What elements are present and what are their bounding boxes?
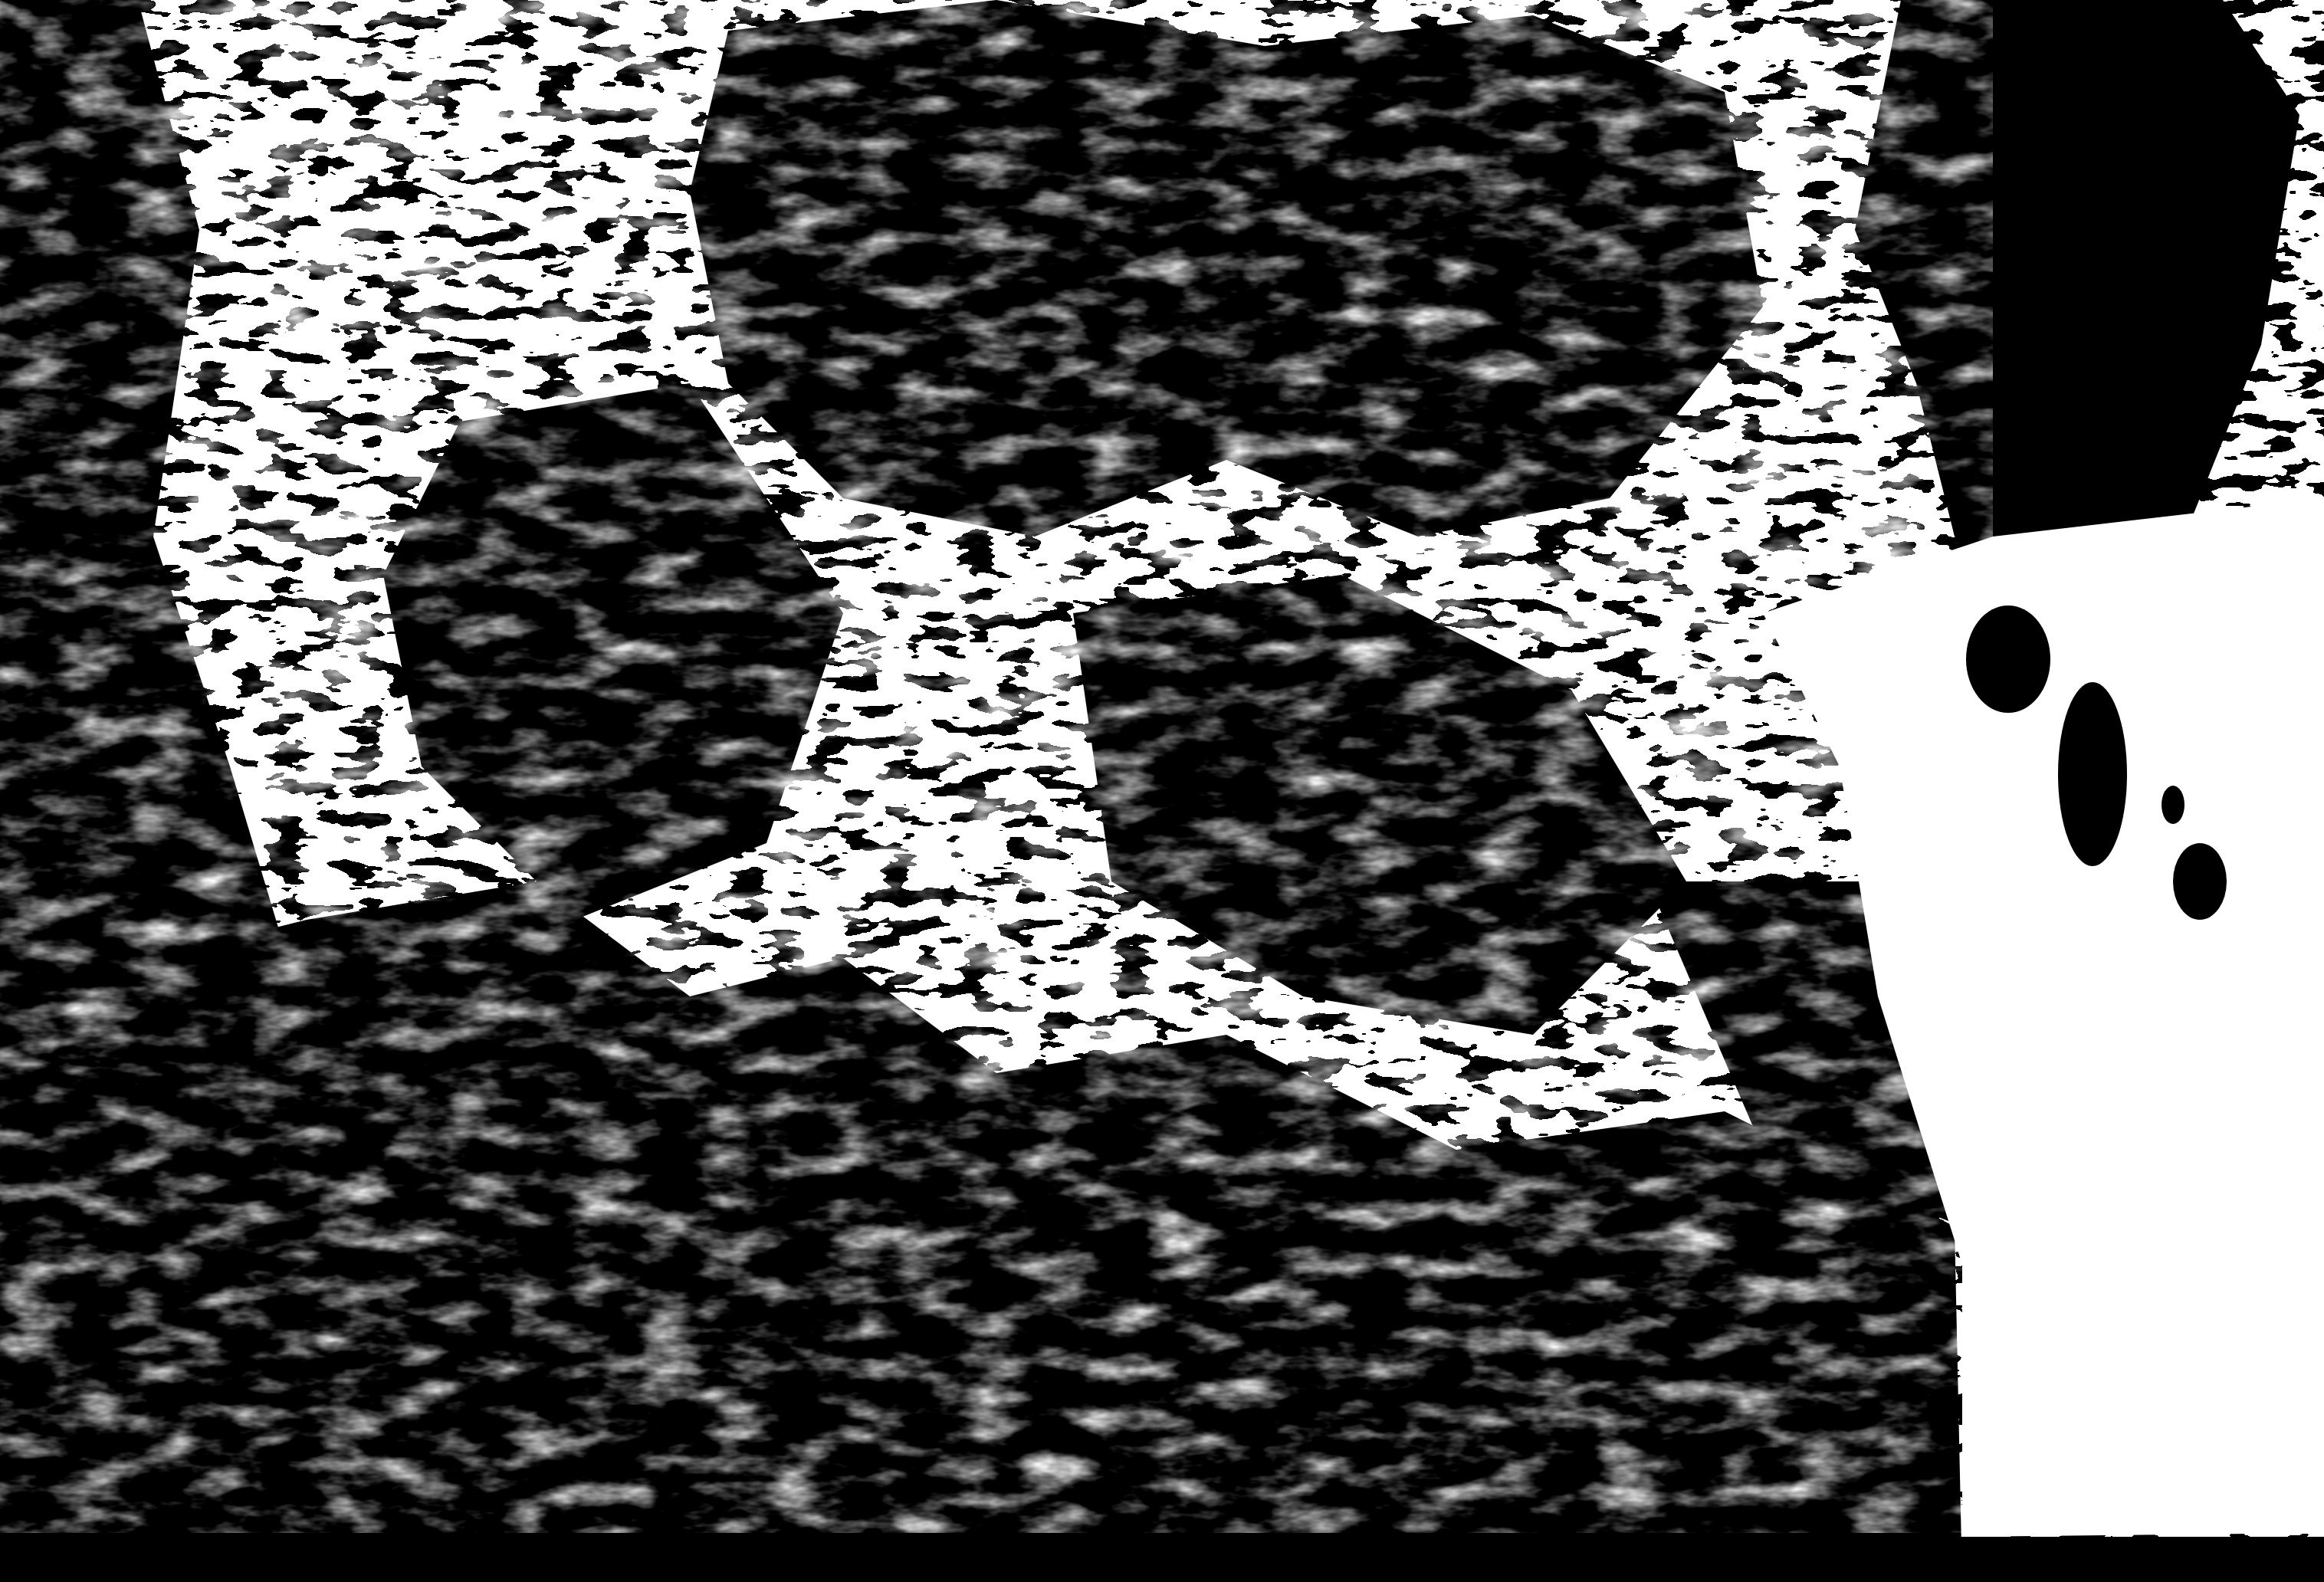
texture-noise-light — [0, 0, 1993, 1533]
bottom-black-strip — [0, 1537, 2324, 1582]
binarized-texture-image — [0, 0, 2324, 1582]
